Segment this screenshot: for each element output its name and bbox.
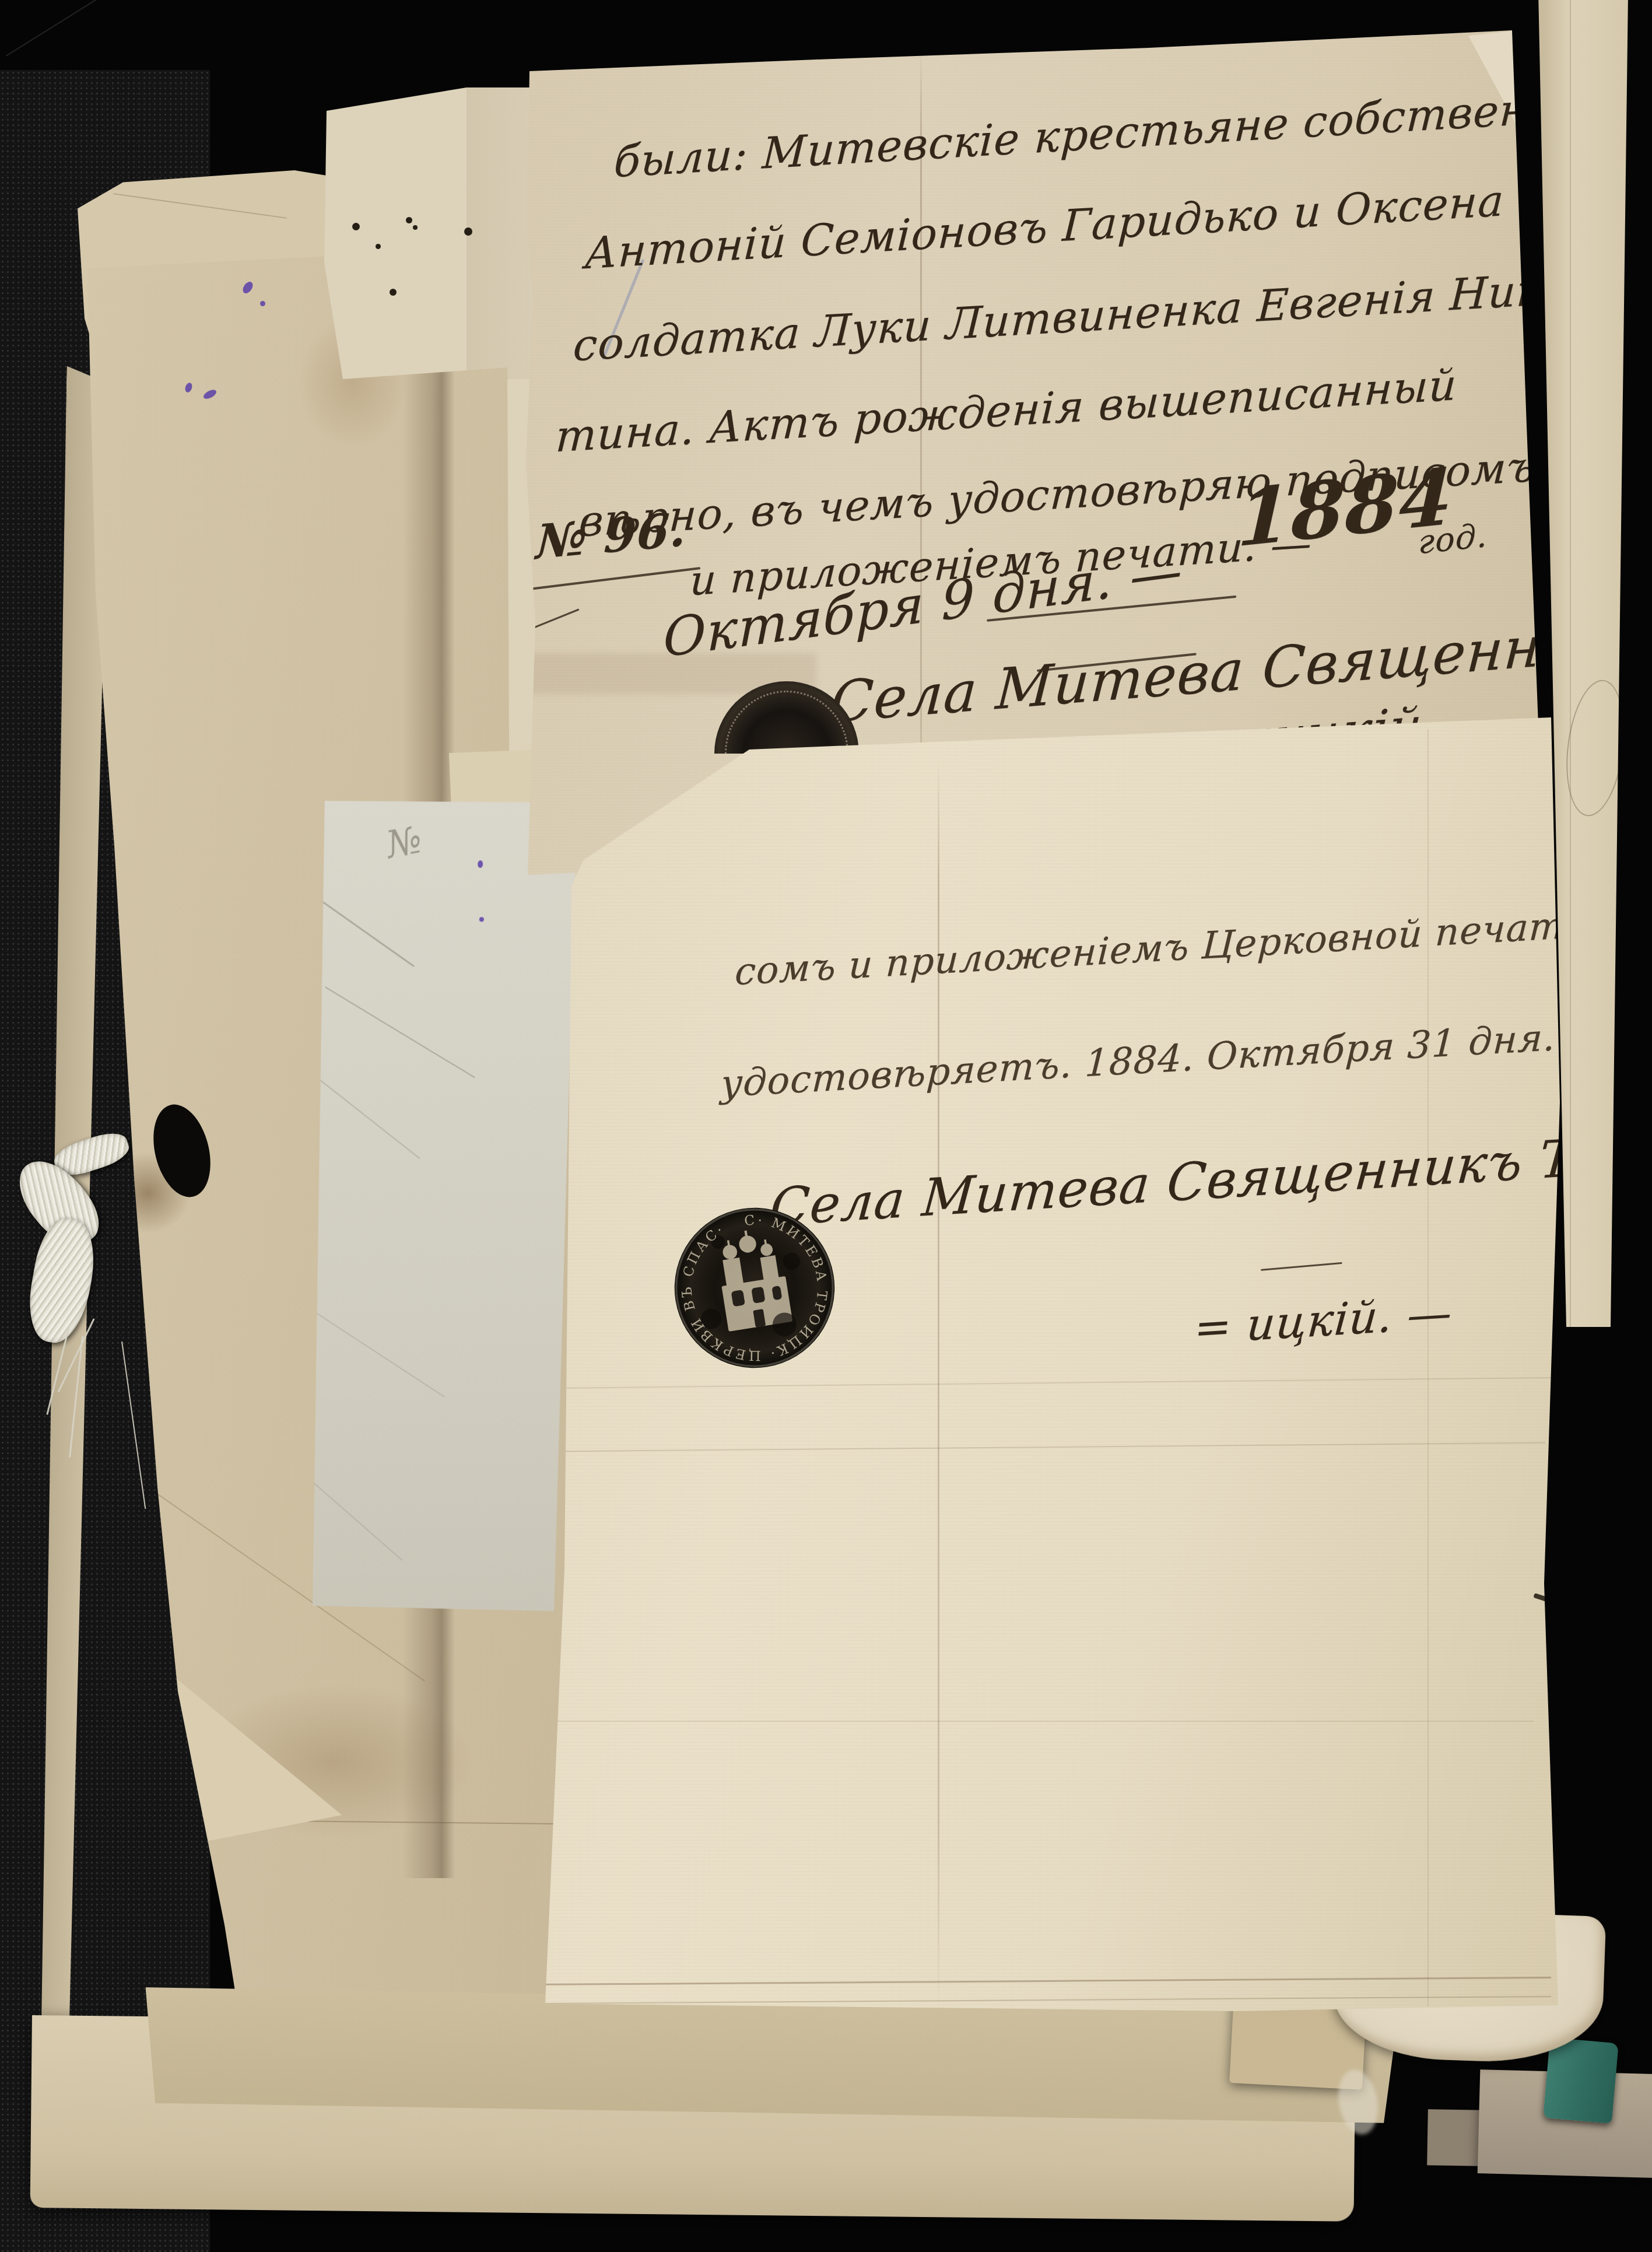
dash-flourish	[1261, 1262, 1342, 1271]
crease-line	[554, 1721, 1534, 1722]
underline-flourish	[529, 567, 700, 590]
purple-ink-dot	[241, 280, 255, 295]
ink-speck	[413, 225, 418, 230]
document-bottom-certificate: сомъ и приложеніемъ Церковной печати удо…	[513, 694, 1574, 2030]
signature-fragment: = ицкій. —	[1192, 1286, 1454, 1354]
purple-ink-dot	[202, 388, 218, 401]
handwritten-line: сомъ и приложеніемъ Церковной печати	[734, 903, 1590, 994]
ink-speck	[406, 217, 412, 223]
seal-ring-arc	[725, 691, 848, 754]
handwritten-line: удостовѣряетъ. 1884. Октября 31 дня. —	[720, 1013, 1607, 1106]
purple-ink-dot	[184, 382, 193, 394]
year-suffix: год.	[1418, 517, 1488, 562]
table-edge-line	[6, 0, 184, 57]
pencil-number-mark: №	[383, 818, 426, 867]
purple-ink-dot	[260, 301, 265, 306]
signature-line: Села Митева Священникъ Тро-	[768, 1123, 1652, 1238]
crease-line	[554, 1442, 1545, 1452]
handwritten-line: были: Митевскіе крестьяне собственники	[613, 78, 1642, 188]
pencil-scribble	[307, 1307, 444, 1398]
ink-speck	[390, 289, 397, 296]
archival-photo-page: № были: Митевскіе крестьяне собственники…	[0, 0, 1652, 2252]
teal-cloth-bottom-right	[1543, 2037, 1619, 2124]
ink-speck	[376, 244, 381, 249]
crease-line	[1570, 0, 1571, 1327]
crease-line	[542, 1996, 1551, 2004]
pencil-scribble	[325, 986, 475, 1078]
handwritten-line: солдатка Луки Литвиненка Евгенія Ники-	[572, 262, 1587, 372]
purple-ink-dot	[478, 860, 483, 868]
handwritten-line: Антоній Семіоновъ Гаридько и Оксена	[584, 176, 1505, 279]
handwritten-line: тина. Актъ рожденія вышеписанный	[555, 360, 1458, 462]
purple-ink-dot	[479, 917, 484, 922]
paper-tear	[1533, 1593, 1549, 1602]
crease-line	[113, 193, 286, 219]
sheet-bluish-with-pencil: №	[280, 789, 599, 1619]
church-seal: С· МИТЕВА ТРОИЦК· ЦЕРКВИ ВЪ СПАС·	[657, 1190, 852, 1385]
margin-number: № 96.	[535, 501, 688, 569]
crease-line	[536, 1977, 1551, 1985]
ink-speck	[352, 223, 360, 230]
ink-speck	[464, 227, 472, 236]
